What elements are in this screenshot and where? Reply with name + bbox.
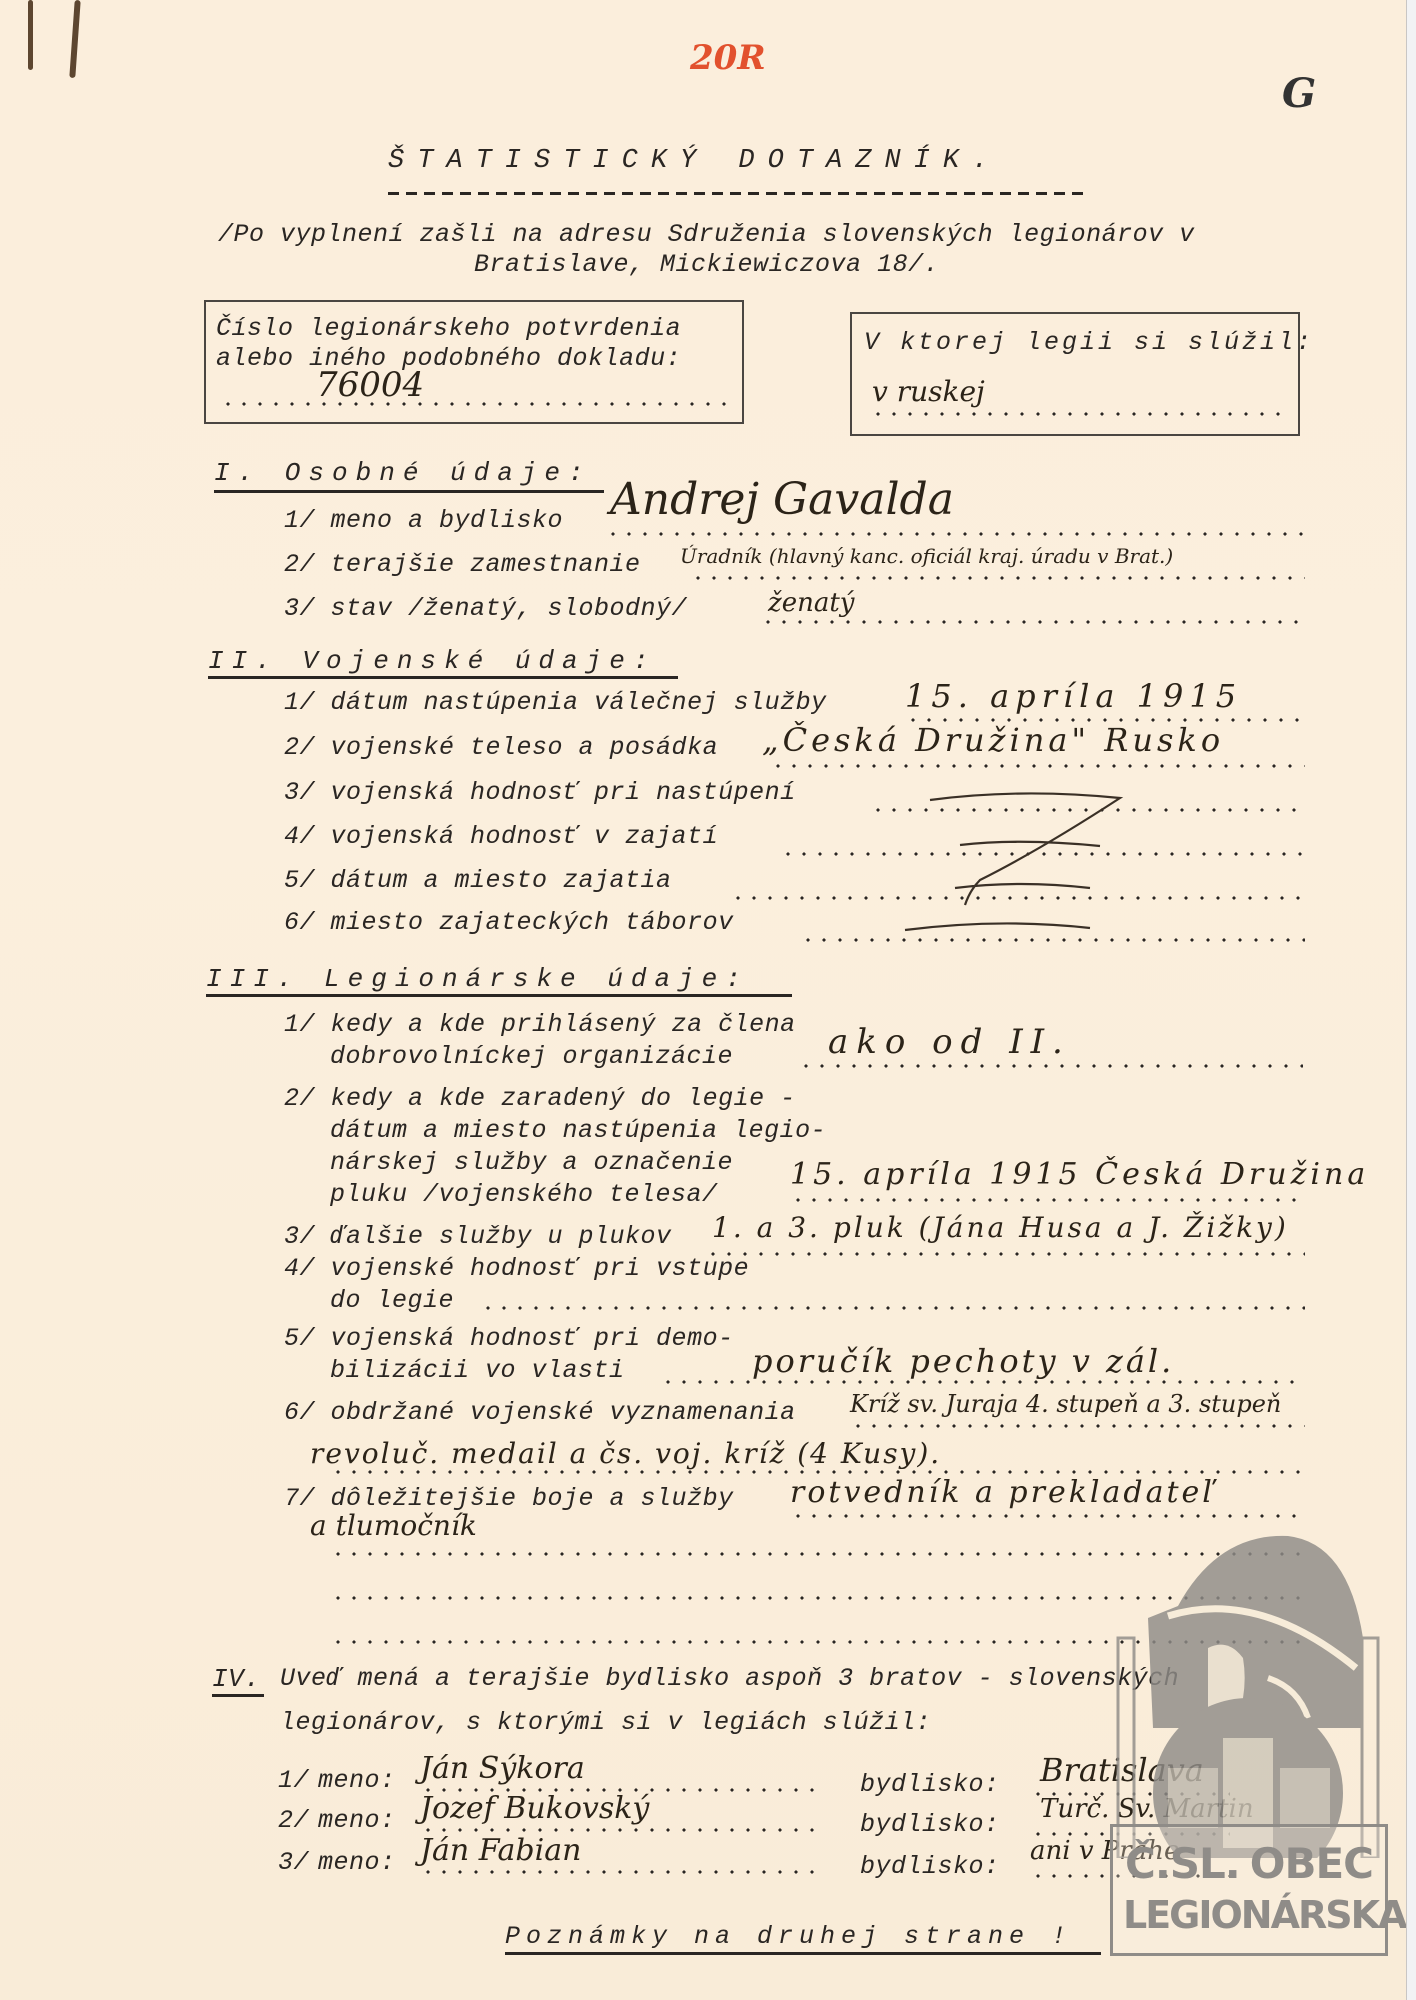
field-label: 1/ dátum nastúpenia válečnej služby <box>284 690 827 715</box>
watermark-text-box: Č.SL. OBEC LEGIONÁRSKA <box>1110 1824 1388 1956</box>
row-number: 1/ <box>278 1768 309 1793</box>
section-1-heading: I. Osobné údaje: <box>214 460 592 486</box>
dotted-line <box>790 1514 1305 1518</box>
watermark-line-2: LEGIONÁRSKA <box>1123 1893 1406 1937</box>
field-label: 1/ meno a bydlisko <box>284 508 563 533</box>
dotted-line <box>705 1252 1305 1256</box>
dotted-line <box>790 1198 1305 1202</box>
volunteer-org-field[interactable]: ako od II. <box>828 1025 1071 1059</box>
other-regiments-field[interactable]: 1. a 3. pluk (Jána Husa a J. Žižky) <box>712 1214 1289 1242</box>
row-number: 2/ <box>278 1808 309 1833</box>
certificate-box: Číslo legionárskeho potvrdenia alebo iné… <box>204 300 744 424</box>
scan-edge <box>1406 0 1416 2000</box>
dotted-line <box>420 1828 820 1832</box>
comrade-name-field[interactable]: Ján Sýkora <box>420 1754 585 1784</box>
field-label: do legie <box>330 1288 454 1313</box>
battles-services-field[interactable]: rotvedník a prekladateľ <box>790 1478 1217 1508</box>
field-label: 6/ obdržané vojenské vyznamenania <box>284 1400 796 1425</box>
field-label: 4/ vojenská hodnosť v zajatí <box>284 824 718 849</box>
dotted-line <box>330 1470 1305 1474</box>
field-label: 2/ vojenské teleso a posádka <box>284 735 718 760</box>
section-2-underline <box>208 676 678 679</box>
name-label: meno: <box>318 1808 396 1833</box>
dotted-line <box>770 764 1305 768</box>
section-4-heading-line-2: legionárov, s ktorými si v legiách slúži… <box>280 1710 931 1735</box>
service-start-date-field[interactable]: 15. apríla 1915 <box>905 680 1242 712</box>
field-label: 4/ vojenské hodnosť pri vstupe <box>284 1256 749 1281</box>
dotted-line <box>420 1870 820 1874</box>
certificate-dotted-line <box>220 402 732 406</box>
certificate-number-field[interactable]: 76004 <box>316 368 424 402</box>
section-4-number: IV. <box>212 1666 260 1692</box>
section-3-heading: III. Legionárske údaje: <box>206 966 749 992</box>
dotted-line <box>480 1306 1305 1310</box>
field-label: 2/ terajšie zamestnanie <box>284 552 641 577</box>
dotted-line <box>660 1380 1305 1384</box>
name-label: meno: <box>318 1768 396 1793</box>
certificate-label-1: Číslo legionárskeho potvrdenia <box>216 316 681 341</box>
comrade-name-field[interactable]: Ján Fabian <box>420 1836 581 1866</box>
certificate-label-2: alebo iného podobného dokladu: <box>216 346 681 371</box>
dotted-line <box>760 620 1305 624</box>
field-label: 3/ ďalšie služby u plukov <box>284 1224 672 1249</box>
marital-status-field[interactable]: ženatý <box>768 590 854 616</box>
field-label: 3/ stav /ženatý, slobodný/ <box>284 596 687 621</box>
dotted-line <box>798 1064 1303 1068</box>
name-label: meno: <box>318 1850 396 1875</box>
soldier-helmet-icon <box>1108 1528 1388 1858</box>
row-number: 3/ <box>278 1850 309 1875</box>
occupation-field[interactable]: Úradník (hlavný kanc. oficiál kraj. úrad… <box>680 546 1173 566</box>
field-label: bilizácii vo vlasti <box>330 1358 625 1383</box>
legion-field[interactable]: v ruskej <box>872 378 985 406</box>
section-2-heading: II. Vojenské údaje: <box>208 648 656 674</box>
legionnaire-watermark-logo: Č.SL. OBEC LEGIONÁRSKA <box>1108 1528 1388 1960</box>
watermark-line-1-left: Č.SL. <box>1125 1839 1240 1888</box>
decorations-field[interactable]: Kríž sv. Juraja 4. stupeň a 3. stupeň <box>850 1392 1281 1416</box>
residence-label: bydlisko: <box>860 1772 1000 1797</box>
footer-underline <box>505 1952 1101 1955</box>
demobilization-rank-field[interactable]: poručík pechoty v zál. <box>752 1345 1174 1377</box>
subtitle-line-2: Bratislave, Mickiewiczova 18/. <box>474 252 939 277</box>
field-label: 5/ vojenská hodnosť pri demo- <box>284 1326 734 1351</box>
field-label: 3/ vojenská hodnosť pri nastúpení <box>284 780 796 805</box>
subtitle-line-1: /Po vyplnení zašli na adresu Sdruženia s… <box>218 222 1195 247</box>
name-residence-field[interactable]: Andrej Gavalda <box>610 478 954 522</box>
legion-box: V ktorej legii si slúžil: v ruskej <box>850 312 1300 436</box>
watermark-line-1-right: OBEC <box>1250 1839 1373 1888</box>
section-4-heading-line-1: Uveď mená a terajšie bydlisko aspoň 3 br… <box>280 1666 1179 1691</box>
battles-services-field-line-2[interactable]: a tlumočník <box>310 1512 477 1540</box>
field-label: pluku /vojenského telesa/ <box>330 1182 718 1207</box>
decorations-field-line-2[interactable]: revoluč. medail a čs. voj. kríž (4 Kusy)… <box>310 1440 941 1468</box>
legion-dotted-line <box>870 412 1290 416</box>
residence-label: bydlisko: <box>860 1854 1000 1879</box>
field-label: 5/ dátum a miesto zajatia <box>284 868 672 893</box>
legion-enlistment-field[interactable]: 15. apríla 1915 Česká Družina <box>790 1160 1369 1190</box>
field-label: 6/ miesto zajateckých táborov <box>284 910 734 935</box>
field-label: 2/ kedy a kde zaradený do legie - <box>284 1086 796 1111</box>
field-label: nárskej služby a označenie <box>330 1150 733 1175</box>
title-underline <box>388 192 1088 195</box>
margin-marks <box>26 0 82 85</box>
dotted-line <box>850 1424 1305 1428</box>
field-label: dobrovolníckej organizácie <box>330 1044 733 1069</box>
comrade-name-field[interactable]: Jozef Bukovský <box>420 1794 649 1824</box>
dotted-line <box>605 532 1305 536</box>
residence-label: bydlisko: <box>860 1812 1000 1837</box>
red-archive-number: 20R <box>690 38 766 78</box>
military-unit-field[interactable]: „Česká Družina" Rusko <box>762 724 1224 756</box>
field-label: 1/ kedy a kde prihlásený za člena <box>284 1012 796 1037</box>
dotted-line <box>690 576 1305 580</box>
section-3-underline <box>206 994 792 997</box>
legion-label: V ktorej legii si slúžil: <box>864 330 1314 355</box>
field-label: dátum a miesto nastúpenia legio- <box>330 1118 826 1143</box>
field-label: 7/ dôležitejšie boje a služby <box>284 1486 734 1511</box>
section-4-underline <box>212 1694 264 1697</box>
corner-letter: G <box>1282 74 1316 114</box>
document-page: 20R G ŠTATISTICKÝ DOTAZNÍK. /Po vyplnení… <box>0 0 1406 2000</box>
section-1-underline <box>214 490 604 493</box>
page-title: ŠTATISTICKÝ DOTAZNÍK. <box>388 148 1001 175</box>
crossed-out-mark <box>860 780 1180 940</box>
footer-note: Poznámky na druhej strane ! <box>505 1924 1072 1949</box>
